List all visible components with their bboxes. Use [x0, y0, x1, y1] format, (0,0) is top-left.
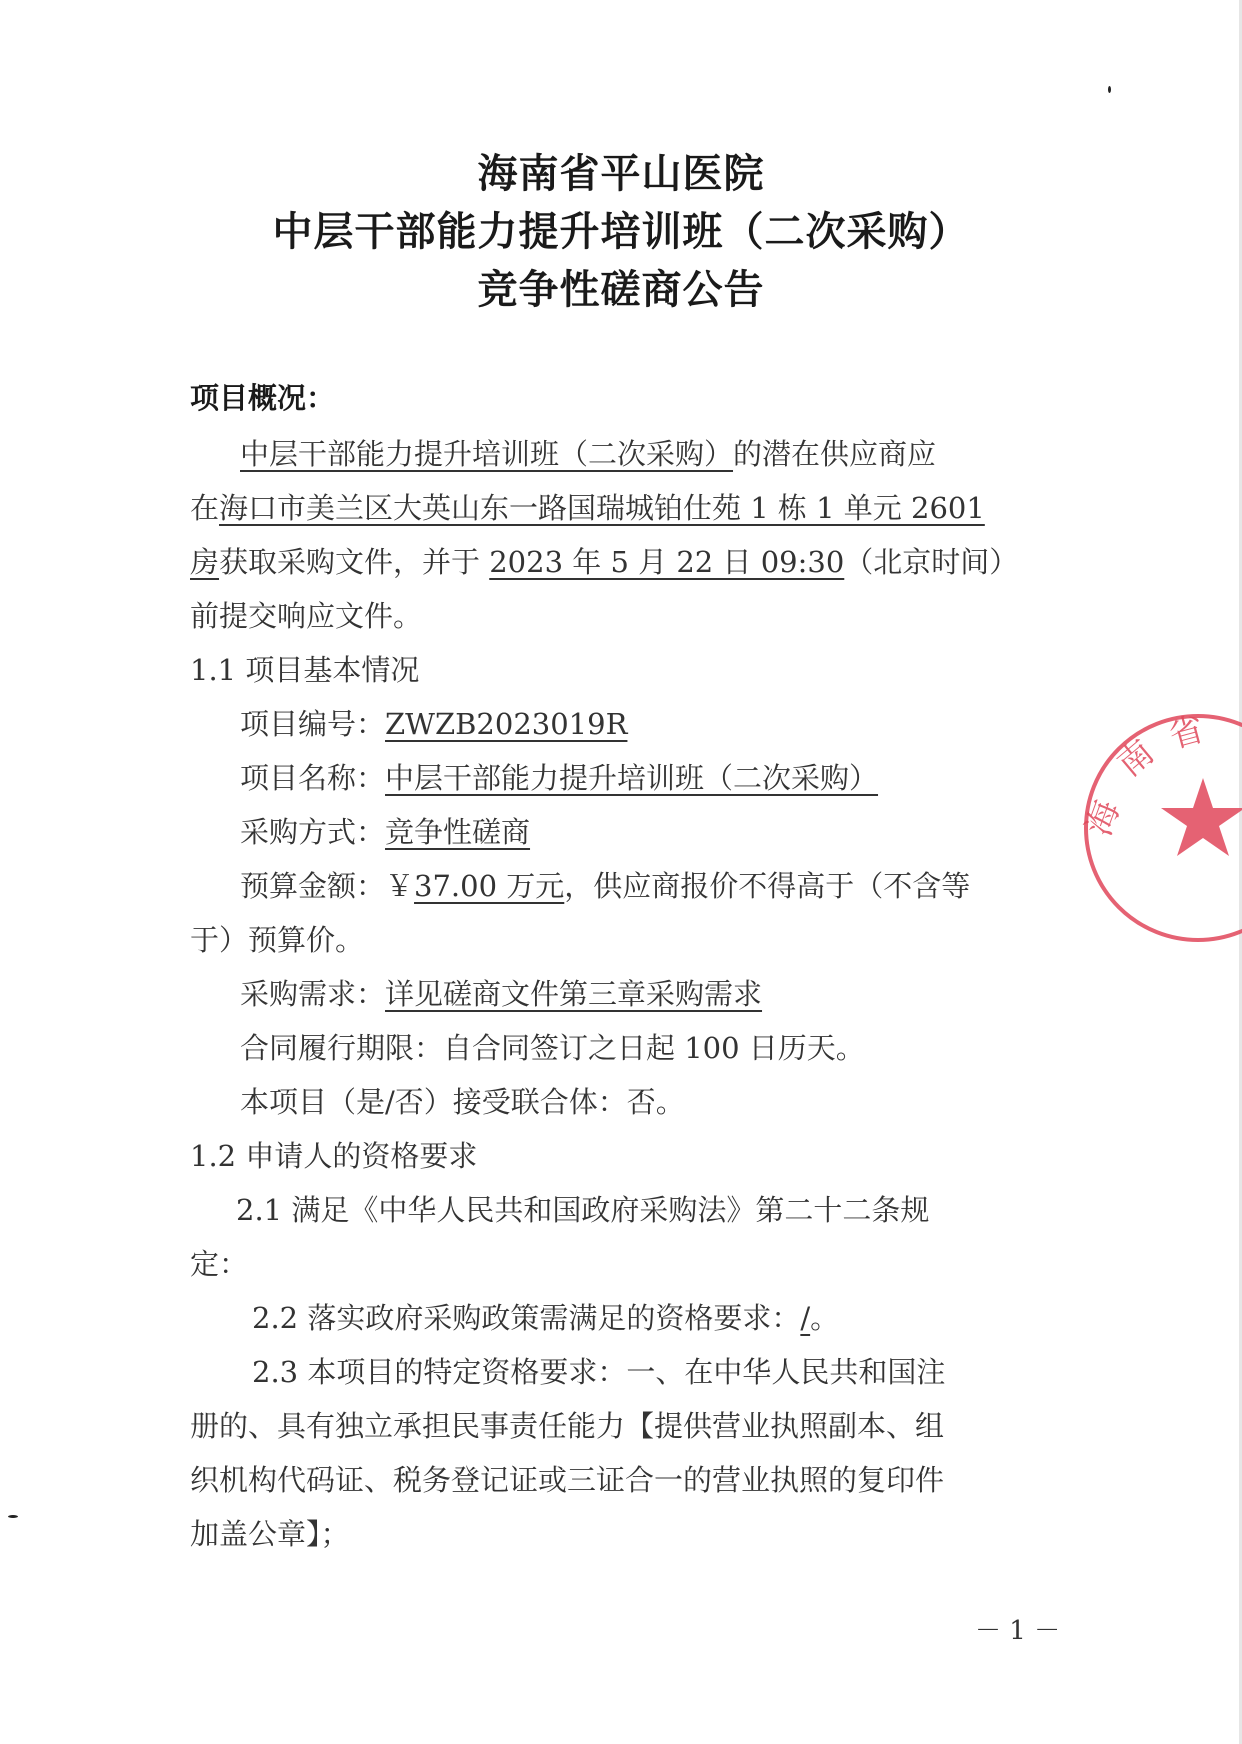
overview-paragraph-line-1: 中层干部能力提升培训班（二次采购）的潜在供应商应 — [240, 434, 936, 474]
section-1-2-heading: 1.2 申请人的资格要求 — [190, 1136, 477, 1176]
currency-symbol: ￥ — [385, 869, 414, 903]
address-end: 房 — [190, 545, 219, 579]
section-1-1-heading: 1.1 项目基本情况 — [190, 650, 419, 690]
punctuation: 。 — [810, 1301, 839, 1335]
procurement-method-row: 采购方式：竞争性磋商 — [240, 812, 530, 852]
requirement-2-1: 2.1 满足《中华人民共和国政府采购法》第二十二条规 — [236, 1190, 929, 1230]
requirement-2-3-line-2: 册的、具有独立承担民事责任能力【提供营业执照副本、组 — [190, 1406, 944, 1446]
svg-text:南: 南 — [1110, 732, 1162, 784]
demand-label: 采购需求： — [240, 977, 385, 1011]
project-name-value: 中层干部能力提升培训班（二次采购） — [385, 761, 878, 795]
budget-label: 预算金额： — [240, 869, 385, 903]
consortium-row: 本项目（是/否）接受联合体：否。 — [240, 1082, 685, 1122]
budget-note: ，供应商报价不得高于（不含等 — [564, 869, 970, 903]
document-title-line-3: 竞争性磋商公告 — [0, 258, 1242, 315]
overview-paragraph-line-2: 在海口市美兰区大英山东一路国瑞城铂仕苑 1 栋 1 单元 2601 — [190, 488, 985, 528]
project-name-link: 中层干部能力提升培训班（二次采购） — [240, 437, 733, 471]
requirement-2-3-line-4: 加盖公章】； — [190, 1514, 350, 1554]
document-title-line-2: 中层干部能力提升培训班（二次采购） — [0, 200, 1242, 257]
requirement-2-2-text: 2.2 落实政府采购政策需满足的资格要求： — [252, 1301, 800, 1335]
demand-row: 采购需求：详见磋商文件第三章采购需求 — [240, 974, 762, 1014]
scan-speck — [8, 1515, 18, 1518]
timezone-note: （北京时间） — [844, 545, 1018, 579]
demand-value: 详见磋商文件第三章采购需求 — [385, 977, 762, 1011]
requirement-2-2-value: / — [800, 1301, 810, 1335]
requirement-2-3-line-3: 织机构代码证、税务登记证或三证合一的营业执照的复印件 — [190, 1460, 944, 1500]
overview-paragraph-line-3: 房获取采购文件，并于 2023 年 5 月 22 日 09:30（北京时间） — [190, 542, 1018, 582]
procurement-method-value: 竞争性磋商 — [385, 815, 530, 849]
project-number-value: ZWZB2023019R — [385, 707, 627, 741]
budget-row: 预算金额：￥37.00 万元，供应商报价不得高于（不含等 — [240, 866, 970, 906]
overview-heading: 项目概况： — [190, 378, 335, 418]
address: 海口市美兰区大英山东一路国瑞城铂仕苑 1 栋 1 单元 2601 — [219, 491, 985, 525]
project-name-label: 项目名称： — [240, 761, 385, 795]
scan-speck — [1108, 86, 1111, 93]
project-name-row: 项目名称：中层干部能力提升培训班（二次采购） — [240, 758, 878, 798]
contract-term-row: 合同履行期限：自合同签订之日起 100 日历天。 — [240, 1028, 865, 1068]
overview-text: 获取采购文件，并于 — [219, 545, 489, 579]
requirement-2-2: 2.2 落实政府采购政策需满足的资格要求：/。 — [252, 1298, 839, 1338]
procurement-method-label: 采购方式： — [240, 815, 385, 849]
requirement-2-1-continued: 定： — [190, 1244, 248, 1284]
overview-text: 在 — [190, 491, 219, 525]
requirement-2-3-line-1: 2.3 本项目的特定资格要求：一、在中华人民共和国注 — [252, 1352, 945, 1392]
document-title-line-1: 海南省平山医院 — [0, 142, 1242, 199]
overview-paragraph-line-4: 前提交响应文件。 — [190, 596, 422, 636]
project-number-row: 项目编号：ZWZB2023019R — [240, 704, 627, 744]
page-number: － 1 － — [975, 1610, 1060, 1647]
budget-amount: 37.00 万元 — [414, 869, 564, 903]
overview-text: 的潜在供应商应 — [733, 437, 936, 471]
star-icon — [1161, 778, 1242, 856]
deadline-datetime: 2023 年 5 月 22 日 09:30 — [489, 545, 844, 579]
project-number-label: 项目编号： — [240, 707, 385, 741]
budget-row-continued: 于）预算价。 — [190, 920, 364, 960]
official-seal-stamp: 海 南 省 — [1078, 708, 1242, 948]
